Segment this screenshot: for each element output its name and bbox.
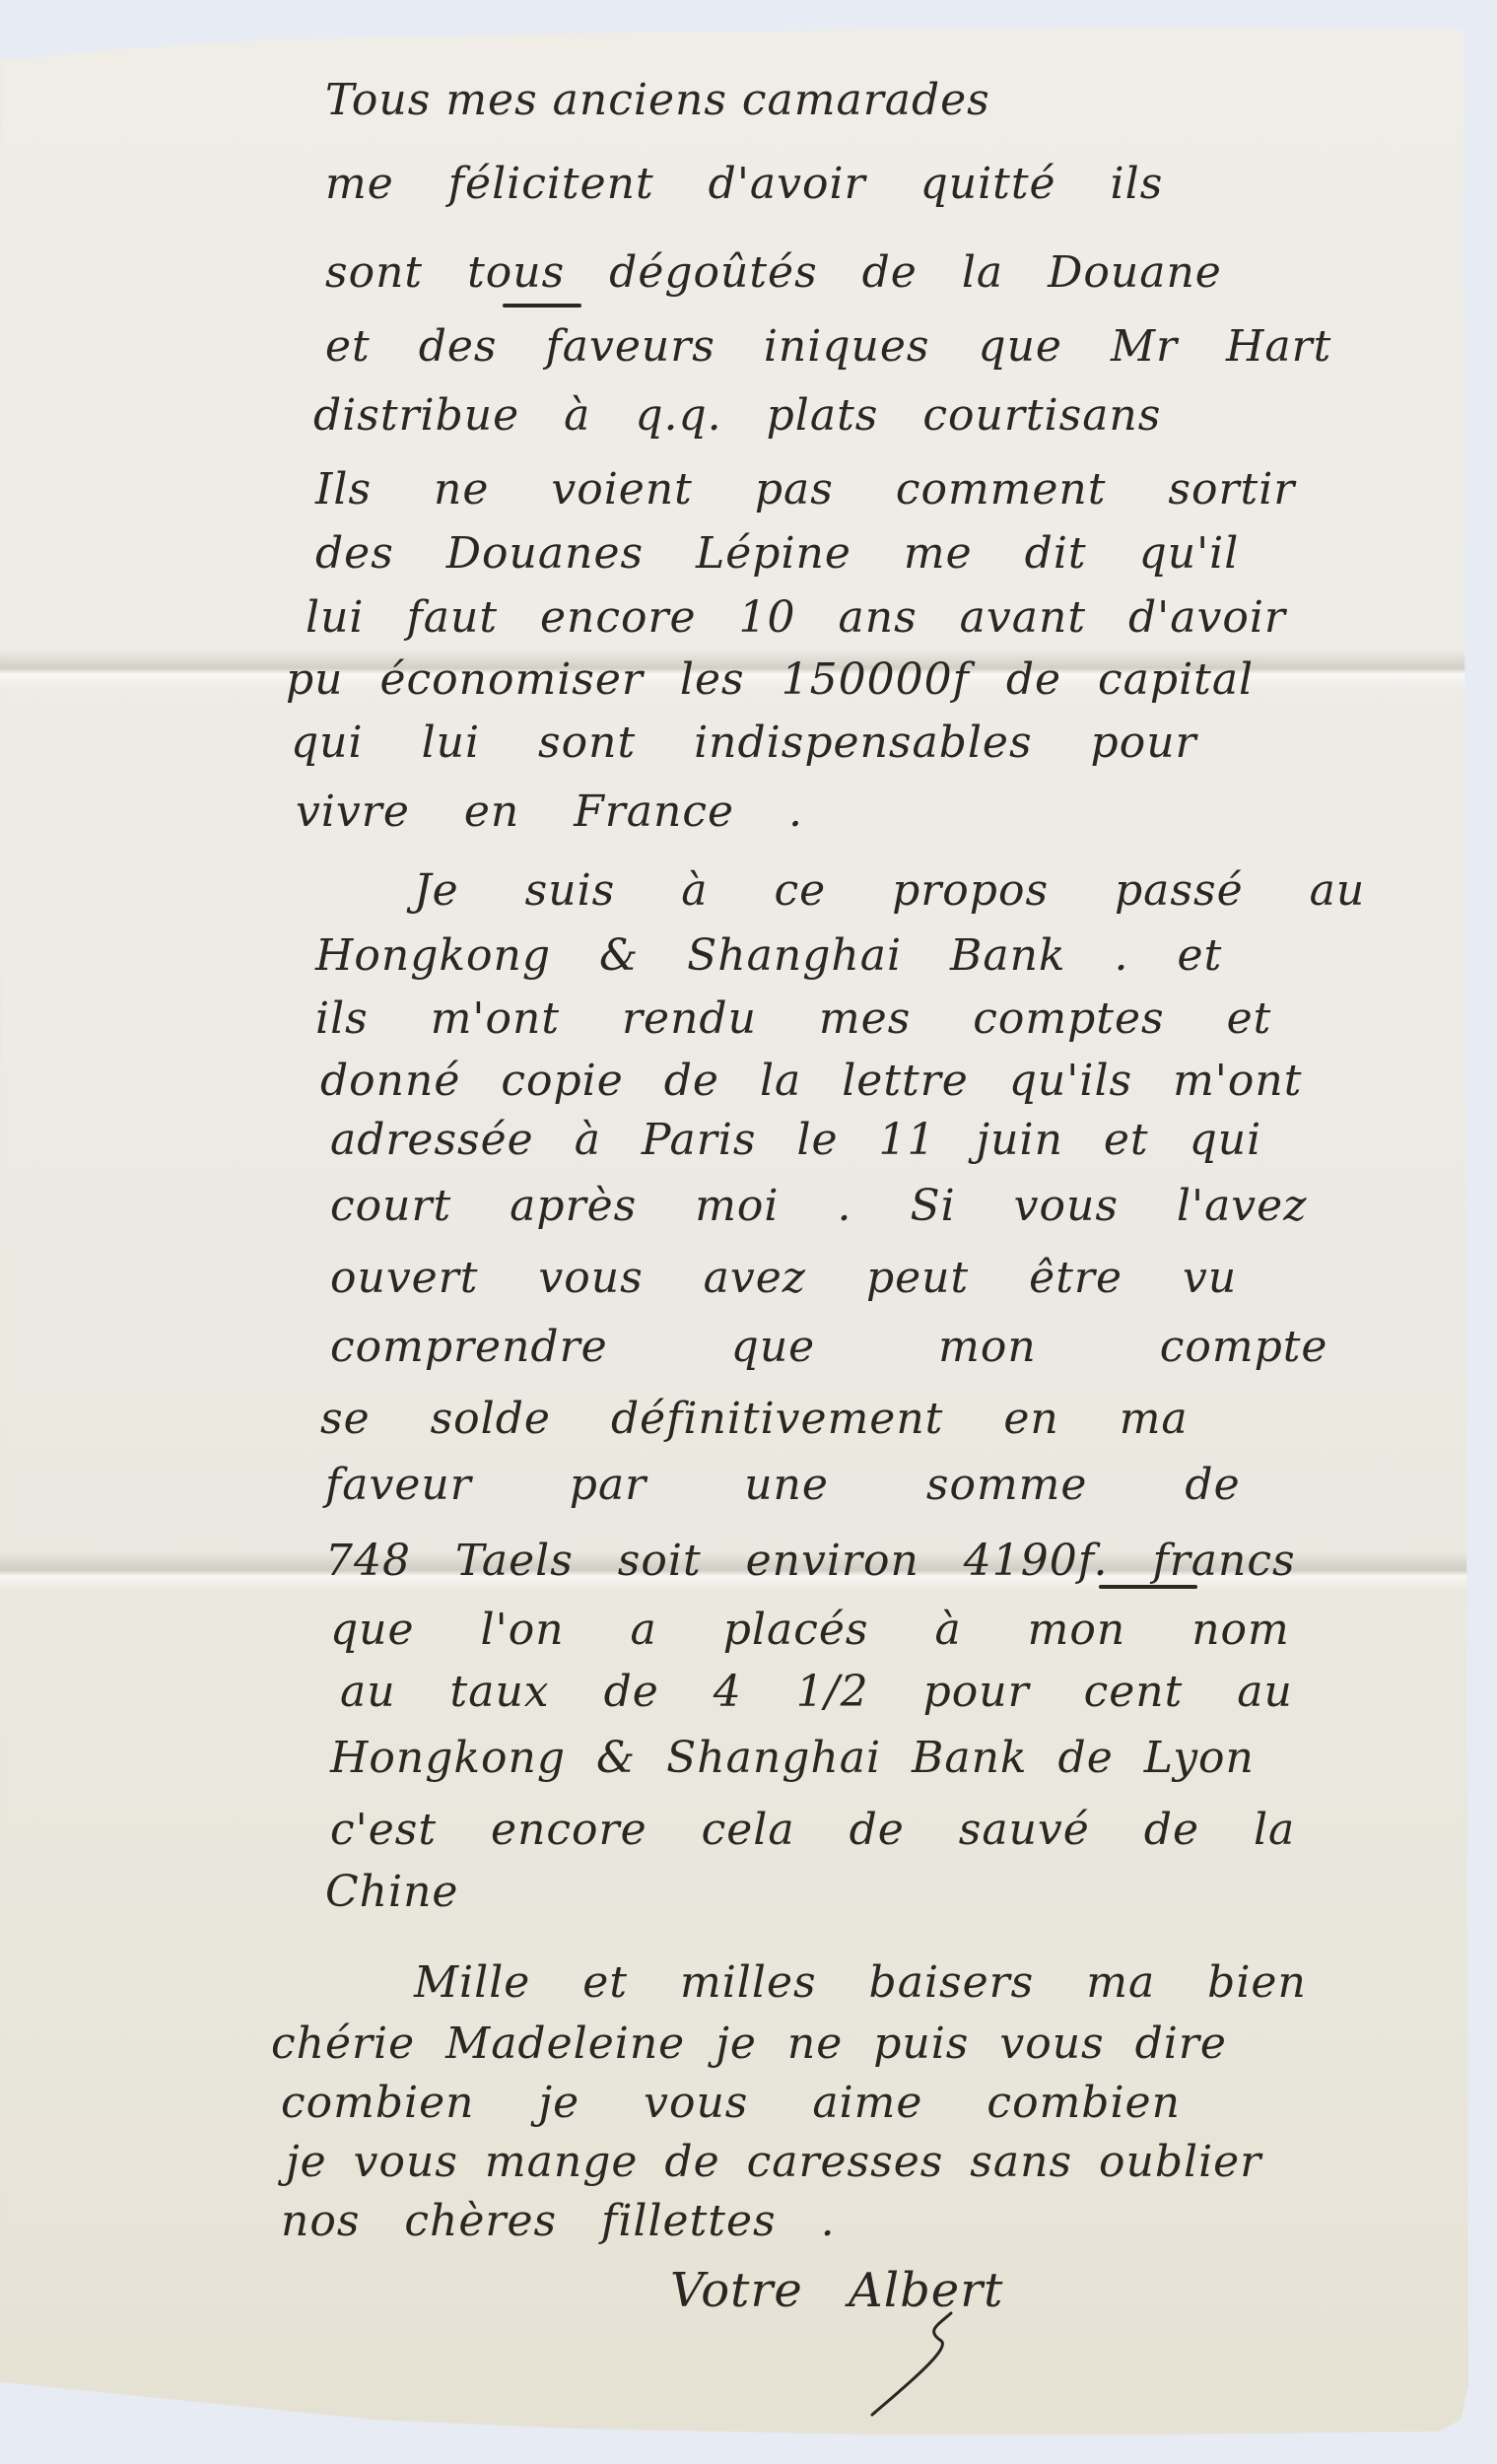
letter-line: et des faveurs iniques que Mr Hart	[0, 325, 1497, 369]
letter-line: se solde définitivement en ma	[0, 1398, 1497, 1441]
letter-line: c'est encore cela de sauvé de la	[0, 1809, 1497, 1852]
letter-line: distribue à q.q. plats courtisans	[0, 394, 1497, 438]
letter-line: Hongkong & Shanghai Bank . et	[0, 934, 1497, 978]
letter-line: adressée à Paris le 11 juin et qui	[0, 1119, 1497, 1162]
letter-line: je vous mange de caresses sans oublier	[0, 2141, 1497, 2184]
letter-line: qui lui sont indispensables pour	[0, 721, 1497, 765]
letter-line: chérie Madeleine je ne puis vous dire	[0, 2022, 1497, 2066]
letter-line: comprendre que mon compte	[0, 1326, 1497, 1369]
letter-line: sont tous dégoûtés de la Douane	[0, 251, 1497, 295]
letter-line: que l'on a placés à mon nom	[0, 1608, 1497, 1652]
letter-line: court après moi . Si vous l'avez	[0, 1185, 1497, 1228]
letter-line: vivre en France .	[0, 790, 1497, 834]
letter-line: pu économiser les 150000f de capital	[0, 658, 1497, 702]
letter-line: me félicitent d'avoir quitté ils	[0, 163, 1497, 206]
letter-line: donné copie de la lettre qu'ils m'ont	[0, 1060, 1497, 1103]
underline-tous	[503, 304, 581, 308]
letter-line: lui faut encore 10 ans avant d'avoir	[0, 596, 1497, 640]
letter-line: combien je vous aime combien	[0, 2082, 1497, 2125]
signature: Votre Albert	[0, 2267, 1497, 2314]
letter-line: Hongkong & Shanghai Bank de Lyon	[0, 1737, 1497, 1780]
letter-line: au taux de 4 1/2 pour cent au	[0, 1671, 1497, 1714]
letter-line: nos chères fillettes .	[0, 2200, 1497, 2243]
letter-line: Chine	[0, 1871, 1497, 1914]
letter-line: Je suis à ce propos passé au	[0, 869, 1497, 913]
letter-line: 748 Taels soit environ 4190f. francs	[0, 1540, 1497, 1583]
letter-line: ils m'ont rendu mes comptes et	[0, 997, 1497, 1041]
letter-line: des Douanes Lépine me dit qu'il	[0, 532, 1497, 576]
letter-line: faveur par une somme de	[0, 1464, 1497, 1507]
letter-line: ouvert vous avez peut être vu	[0, 1257, 1497, 1300]
signature-flourish-icon	[867, 2311, 956, 2420]
letter-line: Tous mes anciens camarades	[0, 79, 1143, 122]
letter-line: Ils ne voient pas comment sortir	[0, 468, 1497, 512]
letter-line: Mille et milles baisers ma bien	[0, 1961, 1497, 2005]
underline-amount	[1099, 1585, 1197, 1589]
